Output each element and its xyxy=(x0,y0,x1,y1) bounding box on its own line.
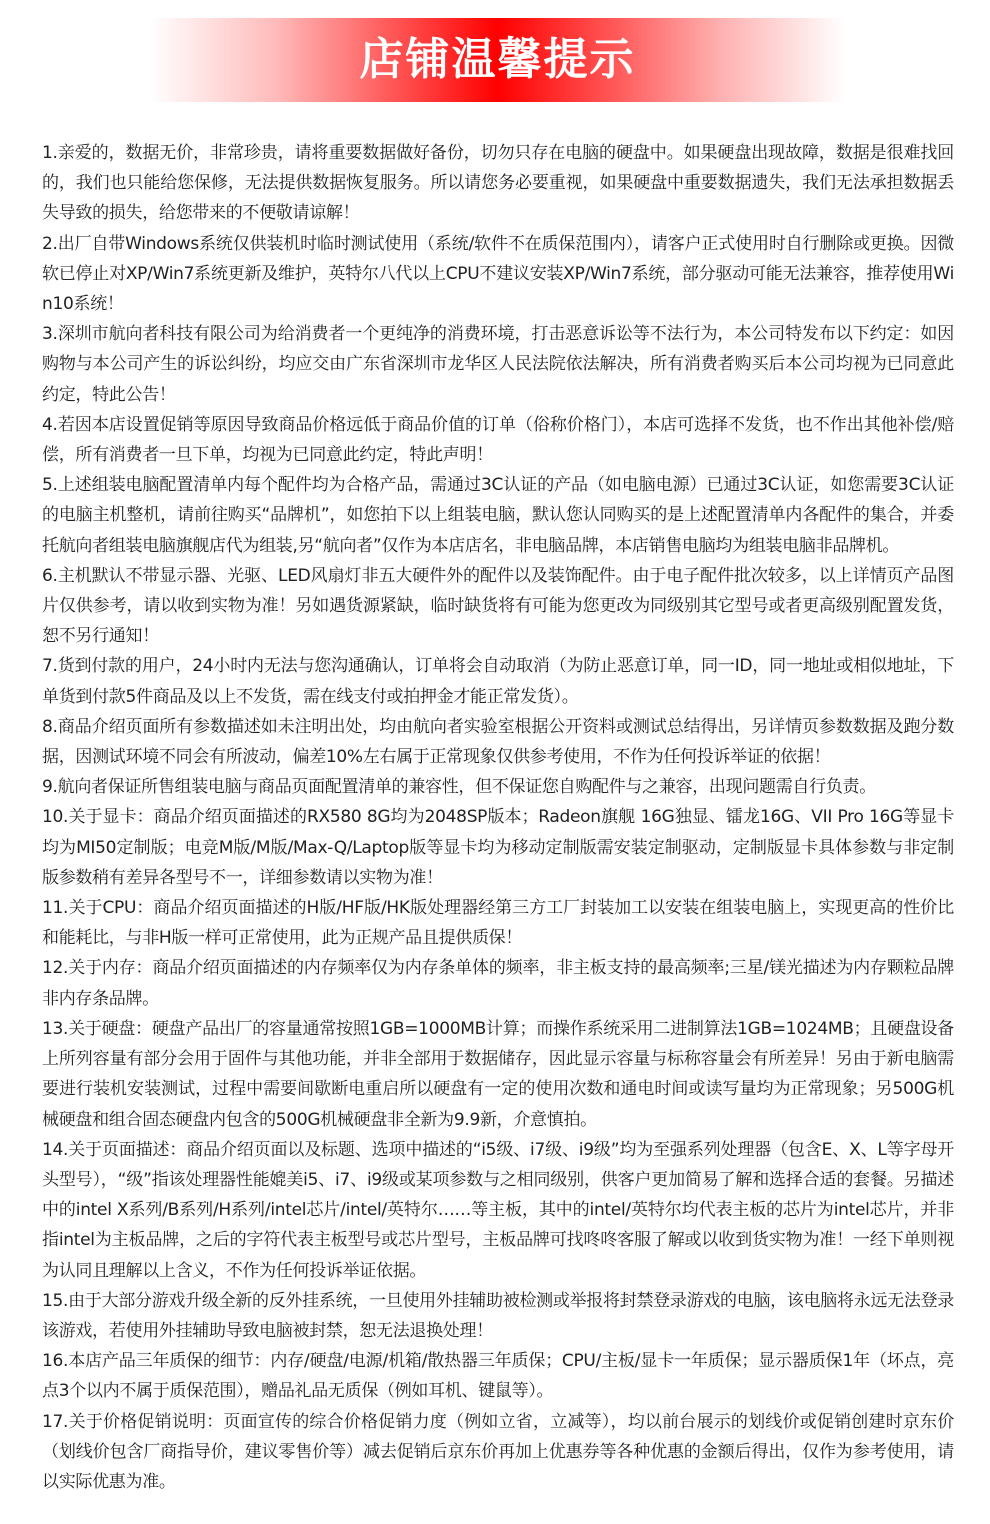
notice-list: 1.亲爱的，数据无价，非常珍贵，请将重要数据做好备份，切勿只存在电脑的硬盘中。如… xyxy=(42,138,954,1497)
notice-item-15: 15.由于大部分游戏升级全新的反外挂系统，一旦使用外挂辅助被检测或举报将封禁登录… xyxy=(42,1286,954,1346)
notice-item-1: 1.亲爱的，数据无价，非常珍贵，请将重要数据做好备份，切勿只存在电脑的硬盘中。如… xyxy=(42,138,954,229)
header-banner: 店铺温馨提示 xyxy=(150,18,845,102)
notice-item-9: 9.航向者保证所售组装电脑与商品页面配置清单的兼容性，但不保证您自购配件与之兼容… xyxy=(42,772,954,802)
notice-item-8: 8.商品介绍页面所有参数描述如未注明出处，均由航向者实验室根据公开资料或测试总结… xyxy=(42,712,954,772)
notice-item-5: 5.上述组装电脑配置清单内每个配件均为合格产品，需通过3C认证的产品（如电脑电源… xyxy=(42,470,954,561)
notice-item-11: 11.关于CPU：商品介绍页面描述的H版/HF版/HK版处理器经第三方工厂封装加… xyxy=(42,893,954,953)
banner-title: 店铺温馨提示 xyxy=(360,38,636,82)
notice-item-14: 14.关于页面描述：商品介绍页面以及标题、选项中描述的“i5级、i7级、i9级”… xyxy=(42,1135,954,1286)
notice-item-12: 12.关于内存：商品介绍页面描述的内存频率仅为内存条单体的频率，非主板支持的最高… xyxy=(42,953,954,1013)
notice-item-7: 7.货到付款的用户，24小时内无法与您沟通确认，订单将会自动取消（为防止恶意订单… xyxy=(42,651,954,711)
notice-item-10: 10.关于显卡：商品介绍页面描述的RX580 8G均为2048SP版本；Rade… xyxy=(42,802,954,893)
notice-item-16: 16.本店产品三年质保的细节：内存/硬盘/电源/机箱/散热器三年质保；CPU/主… xyxy=(42,1346,954,1406)
notice-item-17: 17.关于价格促销说明：页面宣传的综合价格促销力度（例如立省，立减等），均以前台… xyxy=(42,1407,954,1498)
notice-item-4: 4.若因本店设置促销等原因导致商品价格远低于商品价值的订单（俗称价格门），本店可… xyxy=(42,410,954,470)
notice-item-2: 2.出厂自带Windows系统仅供装机时临时测试使用（系统/软件不在质保范围内）… xyxy=(42,229,954,320)
notice-item-3: 3.深圳市航向者科技有限公司为给消费者一个更纯净的消费环境，打击恶意诉讼等不法行… xyxy=(42,319,954,410)
notice-item-13: 13.关于硬盘：硬盘产品出厂的容量通常按照1GB=1000MB计算；而操作系统采… xyxy=(42,1014,954,1135)
notice-item-6: 6.主机默认不带显示器、光驱、LED风扇灯非五大硬件外的配件以及装饰配件。由于电… xyxy=(42,561,954,652)
